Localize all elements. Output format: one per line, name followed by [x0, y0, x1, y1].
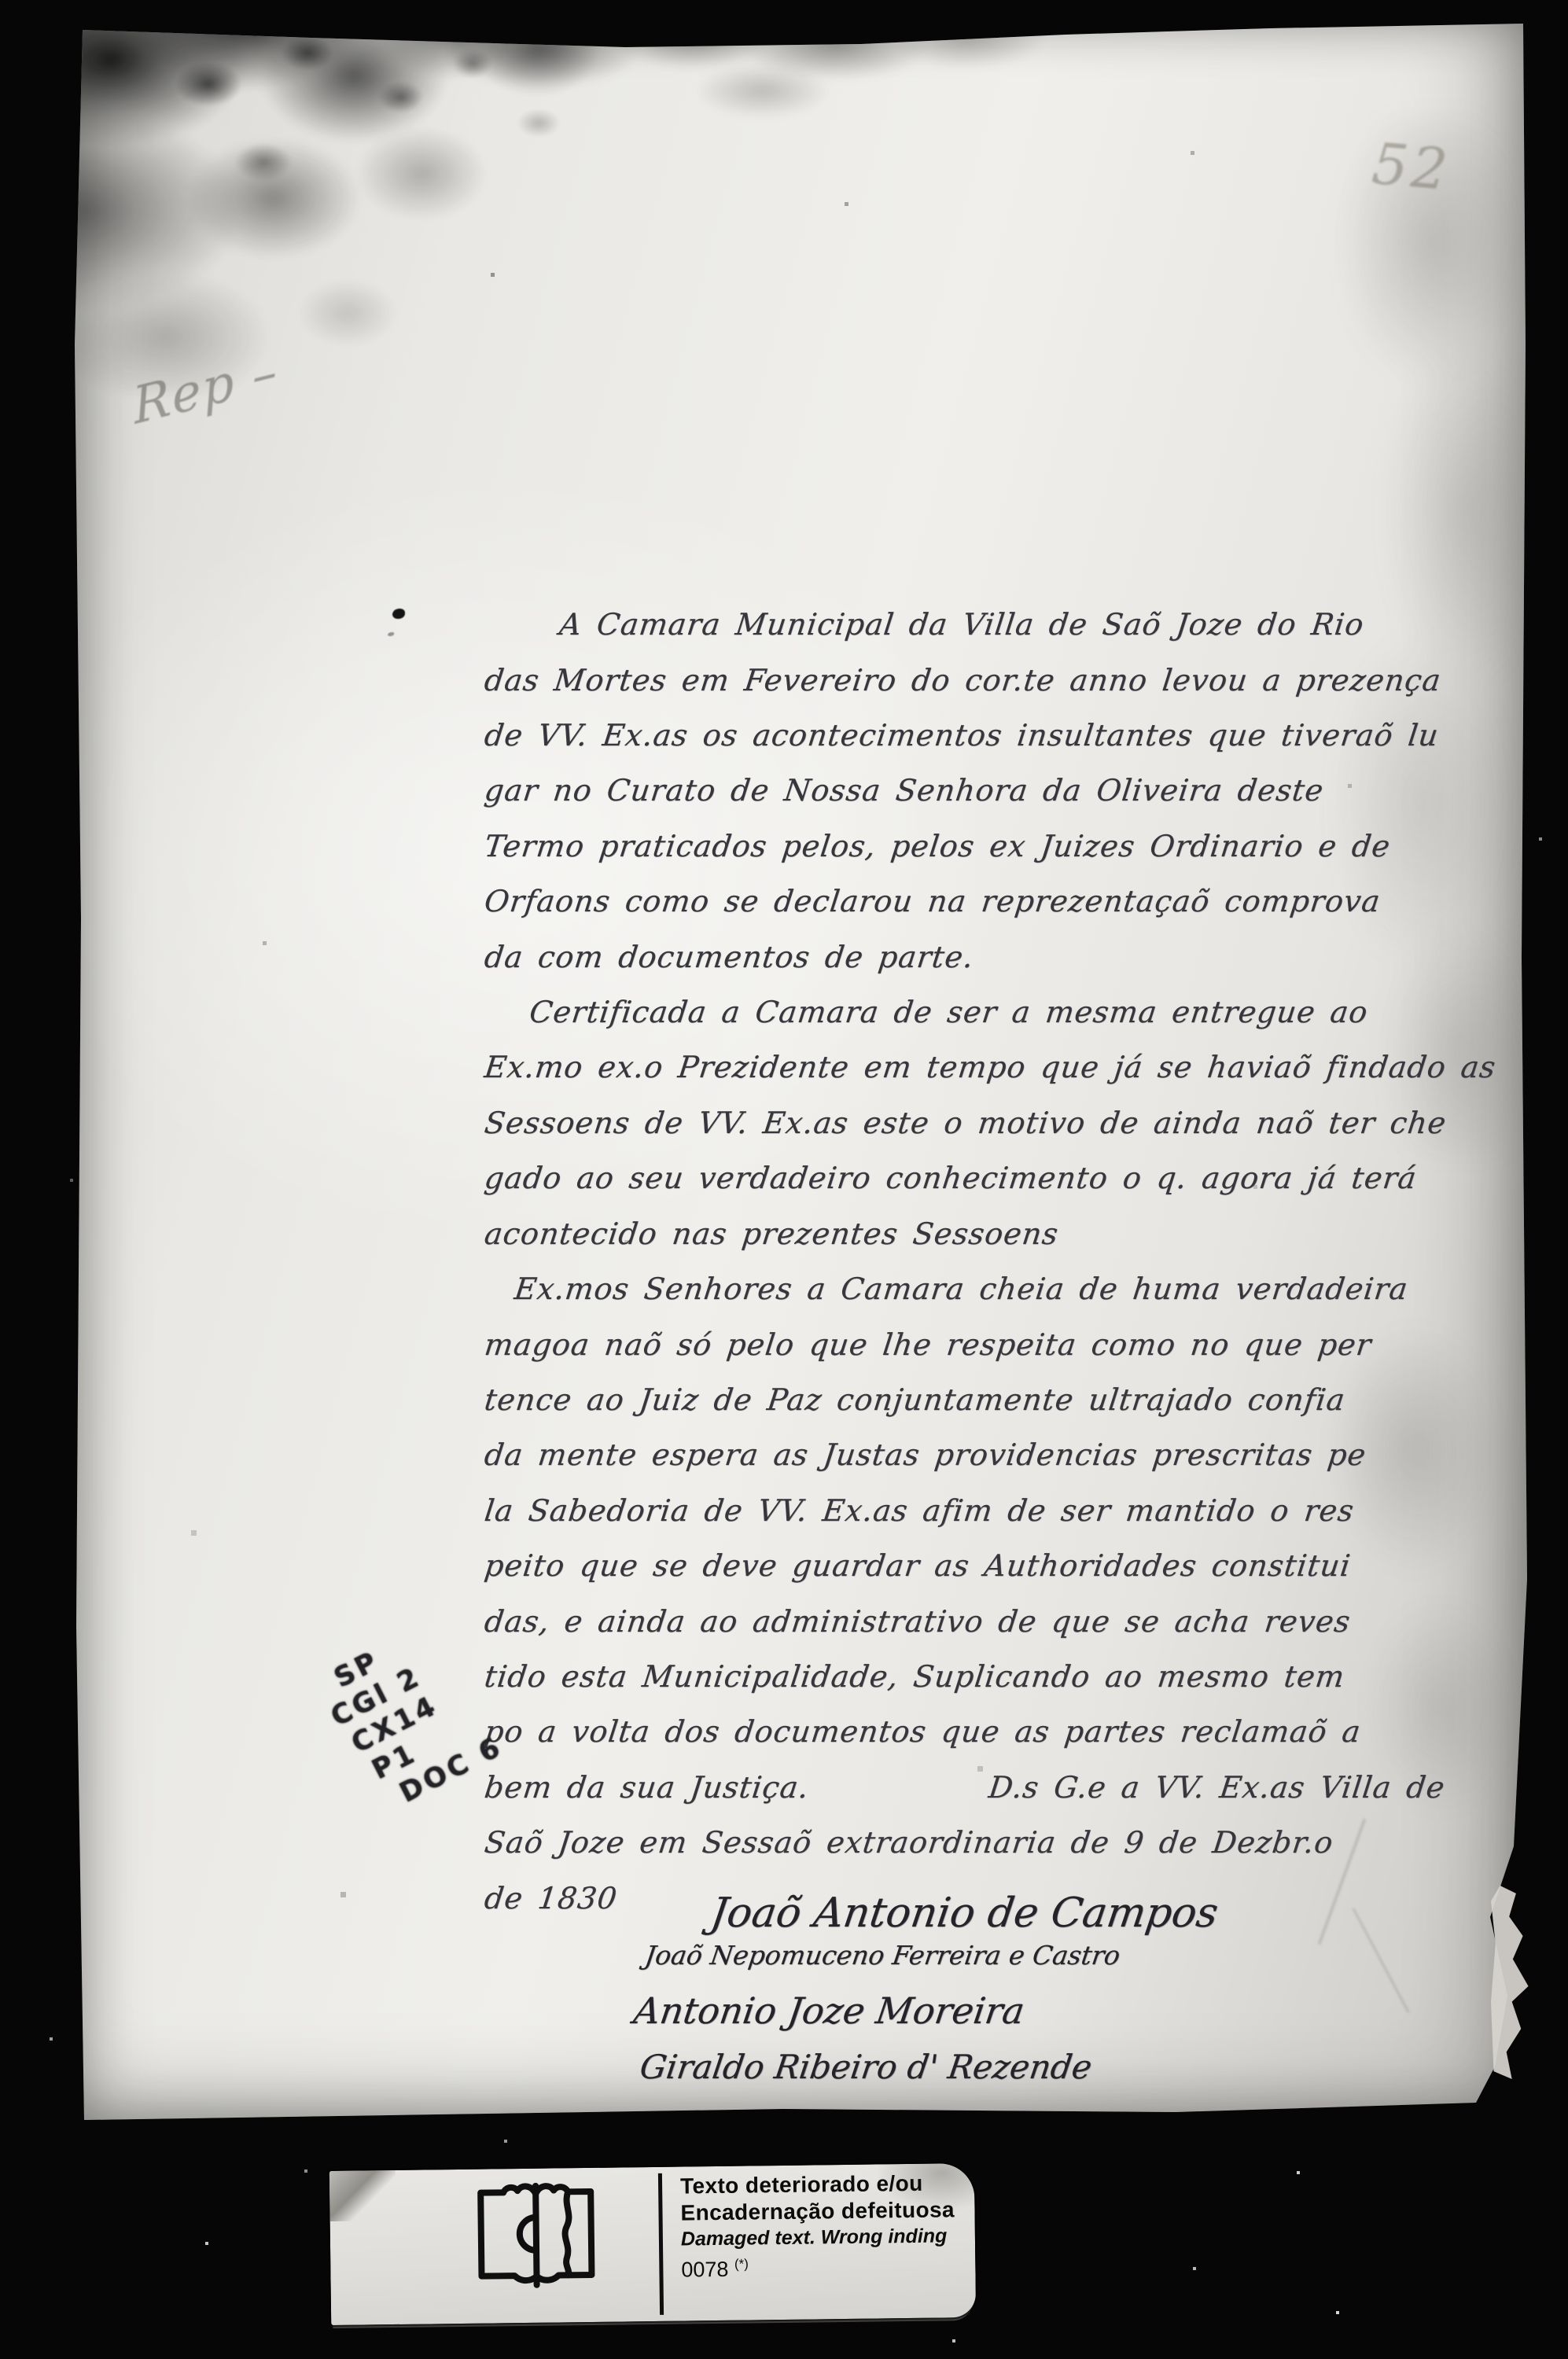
- signature: Antonio Joze Moreira: [631, 1986, 1221, 2035]
- manuscript-line: la Sabedoria de VV. Ex.as afim de ser ma…: [481, 1483, 1558, 1538]
- signature: Giraldo Ribeiro d' Rezende: [637, 2044, 1220, 2090]
- label-divider: [658, 2173, 664, 2315]
- signature: Joze Esteves de S.m Fran.co: [625, 2110, 1221, 2160]
- manuscript-line: acontecido nas prezentes Sessoens: [481, 1206, 1558, 1261]
- manuscript-sheet: 52 Rep – A Camara Municipal da Villa de …: [75, 14, 1528, 2123]
- manuscript-line: gado ao seu verdadeiro conhecimento o q.…: [481, 1150, 1558, 1205]
- signature: Joaõ Antonio de Campos: [708, 1890, 1221, 1937]
- torn-paper-flap: [1491, 1886, 1537, 2079]
- letter-body: A Camara Municipal da Villa de Saõ Joze …: [481, 431, 1551, 1926]
- manuscript-line: Ex.mo ex.o Prezidente em tempo que já se…: [481, 1040, 1558, 1095]
- manuscript-line: gar no Curato de Nossa Senhora da Olivei…: [481, 763, 1558, 818]
- manuscript-line: da mente espera as Justas providencias p…: [481, 1427, 1558, 1482]
- manuscript-line: Certificada a Camara de ser a mesma entr…: [481, 984, 1558, 1040]
- condition-label: Texto deteriorado e/ou Encadernação defe…: [329, 2163, 976, 2325]
- manuscript-line: magoa naõ só pelo que lhe respeita como …: [481, 1317, 1558, 1372]
- manuscript-line: Termo praticados pelos, pelos ex Juizes …: [481, 819, 1558, 874]
- manuscript-line: da com documentos de parte.: [481, 929, 1558, 984]
- manuscript-line: das, e ainda ao administrativo de que se…: [481, 1594, 1558, 1649]
- manuscript-line: peito que se deve guardar as Authoridade…: [481, 1538, 1558, 1593]
- manuscript-line: bem da sua Justiça. D.s G.e a VV. Ex.as …: [481, 1760, 1558, 1815]
- manuscript-line: Ex.mos Senhores a Camara cheia de huma v…: [481, 1261, 1558, 1316]
- label-text: Texto deteriorado e/ou Encadernação defe…: [680, 2169, 955, 2283]
- manuscript-line: tence ao Juiz de Paz conjuntamente ultra…: [481, 1372, 1558, 1427]
- scanner-dust: [0, 0, 2, 2]
- signature: Joaõ Nepomuceno Ferreira e Castro: [642, 1937, 1220, 1974]
- manuscript-line: de VV. Ex.as os acontecimentos insultant…: [481, 708, 1558, 763]
- signature-block: Joaõ Antonio de CamposJoaõ Nepomuceno Fe…: [481, 1845, 1214, 2160]
- manuscript-line: tido esta Municipalidade, Suplicando ao …: [481, 1649, 1558, 1704]
- label-code: 0078 (*): [681, 2248, 955, 2283]
- damaged-book-icon: [465, 2176, 608, 2295]
- manuscript-line: Sessoens de VV. Ex.as este o motivo de a…: [481, 1095, 1558, 1150]
- folio-number: 52: [1370, 131, 1454, 203]
- manuscript-line: A Camara Municipal da Villa de Saõ Joze …: [481, 597, 1558, 652]
- mold-stain-top-band: [452, 8, 1050, 142]
- scanned-page: 52 Rep – A Camara Municipal da Villa de …: [0, 0, 1568, 2359]
- label-line-pt2: Encadernação defeituosa: [680, 2196, 955, 2226]
- label-code-asterisk: (*): [734, 2257, 749, 2272]
- paper-specks: [75, 14, 77, 17]
- label-line-en: Damaged text. Wrong inding: [681, 2223, 955, 2251]
- manuscript-line: das Mortes em Fevereiro do cor.te anno l…: [481, 653, 1558, 708]
- archival-shelfmark: SPCGl 2CX14P1DOC 6: [311, 1613, 508, 1823]
- label-line-pt1: Texto deteriorado e/ou: [680, 2169, 955, 2199]
- ink-blot: [392, 609, 405, 619]
- label-folded-corner: [329, 2170, 396, 2221]
- manuscript-line: Orfaons como se declarou na reprezentaça…: [481, 874, 1558, 929]
- manuscript-line: po a volta dos documentos que as partes …: [481, 1704, 1558, 1759]
- label-code-number: 0078: [681, 2258, 728, 2282]
